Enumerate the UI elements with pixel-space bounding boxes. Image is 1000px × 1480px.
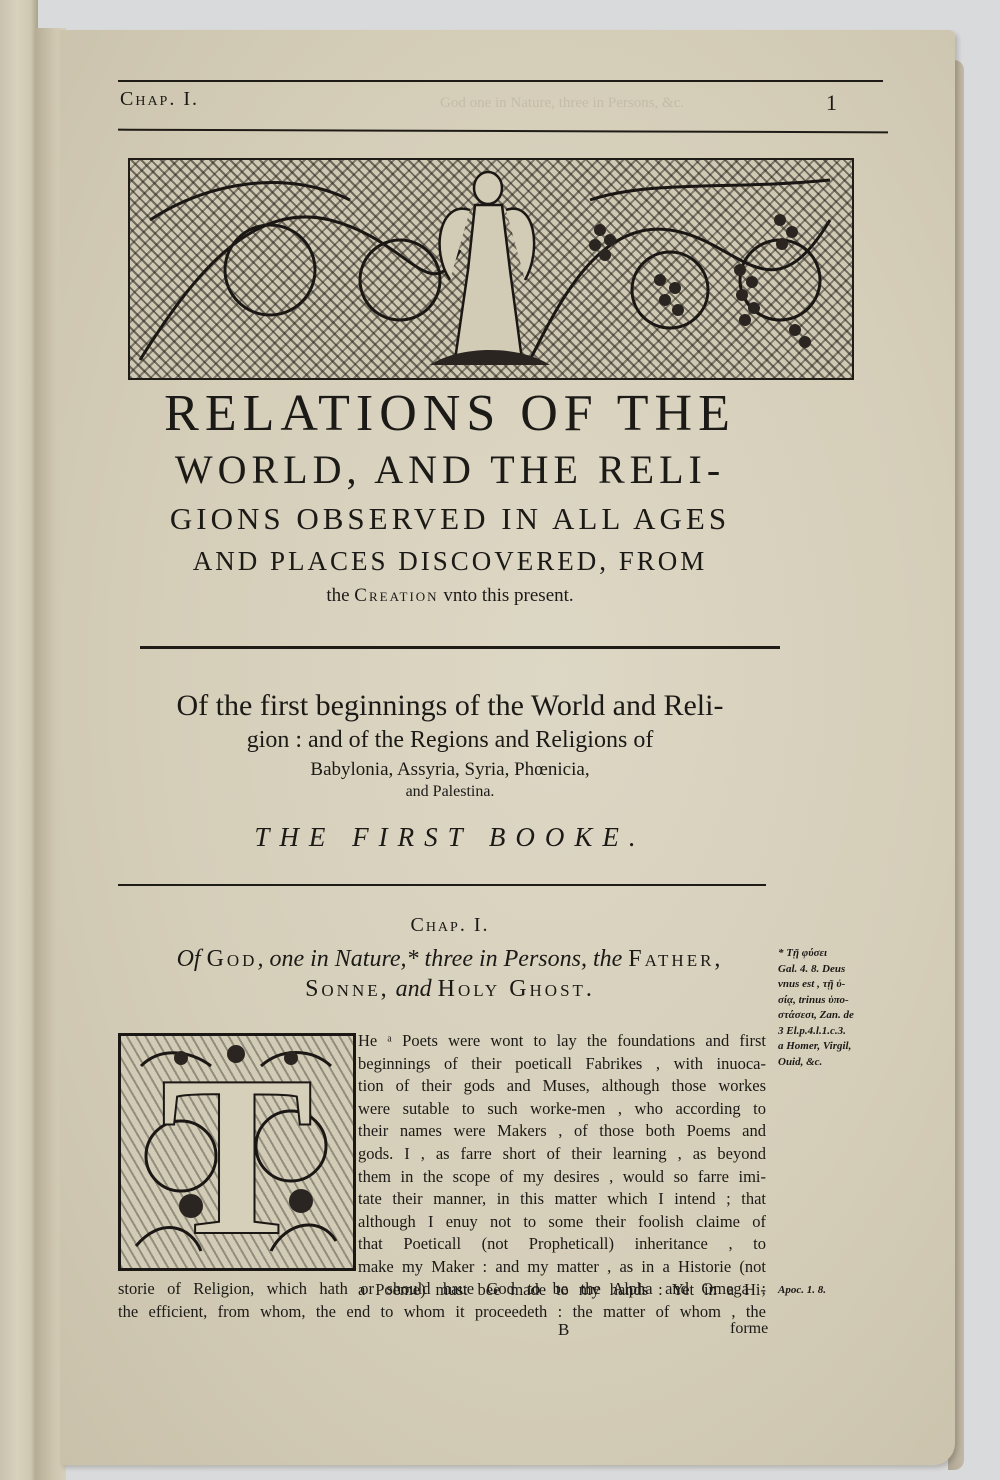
body-line: their names were Makers , of those both … xyxy=(358,1120,766,1143)
body-text-full-width: storie of Religion, which hath or should… xyxy=(118,1278,766,1323)
chapter-subject-god: God xyxy=(207,946,258,972)
catchword: forme xyxy=(730,1320,768,1338)
subtitle-line-2: gion : and of the Regions and Religions … xyxy=(110,725,790,755)
body-line: tion of their gods and Muses, although t… xyxy=(358,1075,766,1098)
body-line: He ᵃ Poets were wont to lay the foundati… xyxy=(358,1030,766,1053)
margin-note-2: Apoc. 1. 8. xyxy=(778,1283,888,1299)
body-line: storie of Religion, which hath or should… xyxy=(118,1278,766,1301)
chapter-subject-father: Father, xyxy=(628,946,723,972)
show-through-text: God one in Nature, three in Persons, &c. xyxy=(440,92,684,114)
title-creation-word: Creation xyxy=(354,585,438,606)
body-line: make my Maker : and my matter , as in a … xyxy=(358,1256,766,1279)
margin-note-line: a Homer, Virgil, xyxy=(778,1039,888,1055)
body-line: beginnings of their poeticall Fabrikes ,… xyxy=(358,1053,766,1076)
chapter-subject-mid: , one in Nature,* three in Persons, the xyxy=(257,946,628,972)
title-line-5: the Creation vnto this present. xyxy=(110,583,790,609)
body-line: although I enuy not to some their foolis… xyxy=(358,1211,766,1234)
title-line-1: RELATIONS OF THE xyxy=(110,384,790,444)
subtitle-line-1: Of the first beginnings of the World and… xyxy=(110,688,790,724)
margin-note-line: 3 El.p.4.l.1.c.3. xyxy=(778,1024,888,1040)
chapter-subject-line-1: Of God, one in Nature,* three in Persons… xyxy=(110,944,790,974)
chapter-subject-line-2: Sonne, and Holy Ghost. xyxy=(110,974,790,1004)
preceding-pages-edge xyxy=(0,0,38,1480)
margin-note-line: vnus est , τῇ ὐ- xyxy=(778,977,888,993)
margin-note-line: Gal. 4. 8. Deus xyxy=(778,962,888,978)
headpiece-ornament-icon xyxy=(130,160,852,378)
title-separator-rule xyxy=(140,646,780,649)
woodcut-headpiece xyxy=(128,158,854,380)
title-line-5-pre: the xyxy=(326,585,354,606)
title-line-4: AND PLACES DISCOVERED, FROM xyxy=(110,544,790,578)
book-heading: THE FIRST BOOKE. xyxy=(110,820,790,854)
signature-mark: B xyxy=(558,1320,569,1340)
title-line-5-post: vnto this present. xyxy=(439,585,574,606)
margin-note-1: * Τῇ φύσει Gal. 4. 8. Deus vnus est , τῇ… xyxy=(778,946,888,1070)
chapter-heading: Chap. I. xyxy=(110,912,790,938)
body-line: that Poeticall (not Propheticall) inheri… xyxy=(358,1233,766,1256)
body-line: gods. I , as farre short of their learni… xyxy=(358,1143,766,1166)
chapter-subject-of: Of xyxy=(177,946,207,972)
body-line: the efficient, from whom, the end to who… xyxy=(118,1301,766,1324)
margin-note-line: * Τῇ φύσει xyxy=(778,946,888,962)
subtitle-line-3: Babylonia, Assyria, Syria, Phœnicia, xyxy=(110,758,790,782)
margin-note-line: σίᾳ, trinus ὑπο- xyxy=(778,993,888,1009)
decorated-initial: T xyxy=(118,1033,356,1271)
running-head-chapter: Chap. I. xyxy=(120,88,199,111)
page-number: 1 xyxy=(826,90,837,116)
margin-note-line: Ouid, &c. xyxy=(778,1055,888,1071)
title-line-2: WORLD, AND THE RELI- xyxy=(110,447,790,493)
margin-note-line: στάσεσι, Zan. de xyxy=(778,1008,888,1024)
header-rule-top xyxy=(118,80,883,82)
title-line-3: GIONS OBSERVED IN ALL AGES xyxy=(110,500,790,538)
body-line: them in the scope of my desires , would … xyxy=(358,1166,766,1189)
body-text-indented: He ᵃ Poets were wont to lay the foundati… xyxy=(358,1030,766,1301)
chapter-subject-and: and xyxy=(390,976,438,1002)
subtitle-line-4: and Palestina. xyxy=(110,782,790,802)
chapter-subject-sonne: Sonne, xyxy=(305,976,390,1002)
drop-cap-letter: T xyxy=(121,1046,353,1266)
body-line: were sutable to such worke-men , who acc… xyxy=(358,1098,766,1121)
body-line: tate their manner, in this matter which … xyxy=(358,1188,766,1211)
book-separator-rule xyxy=(118,884,766,886)
chapter-subject-holy-ghost: Holy Ghost. xyxy=(438,976,595,1002)
